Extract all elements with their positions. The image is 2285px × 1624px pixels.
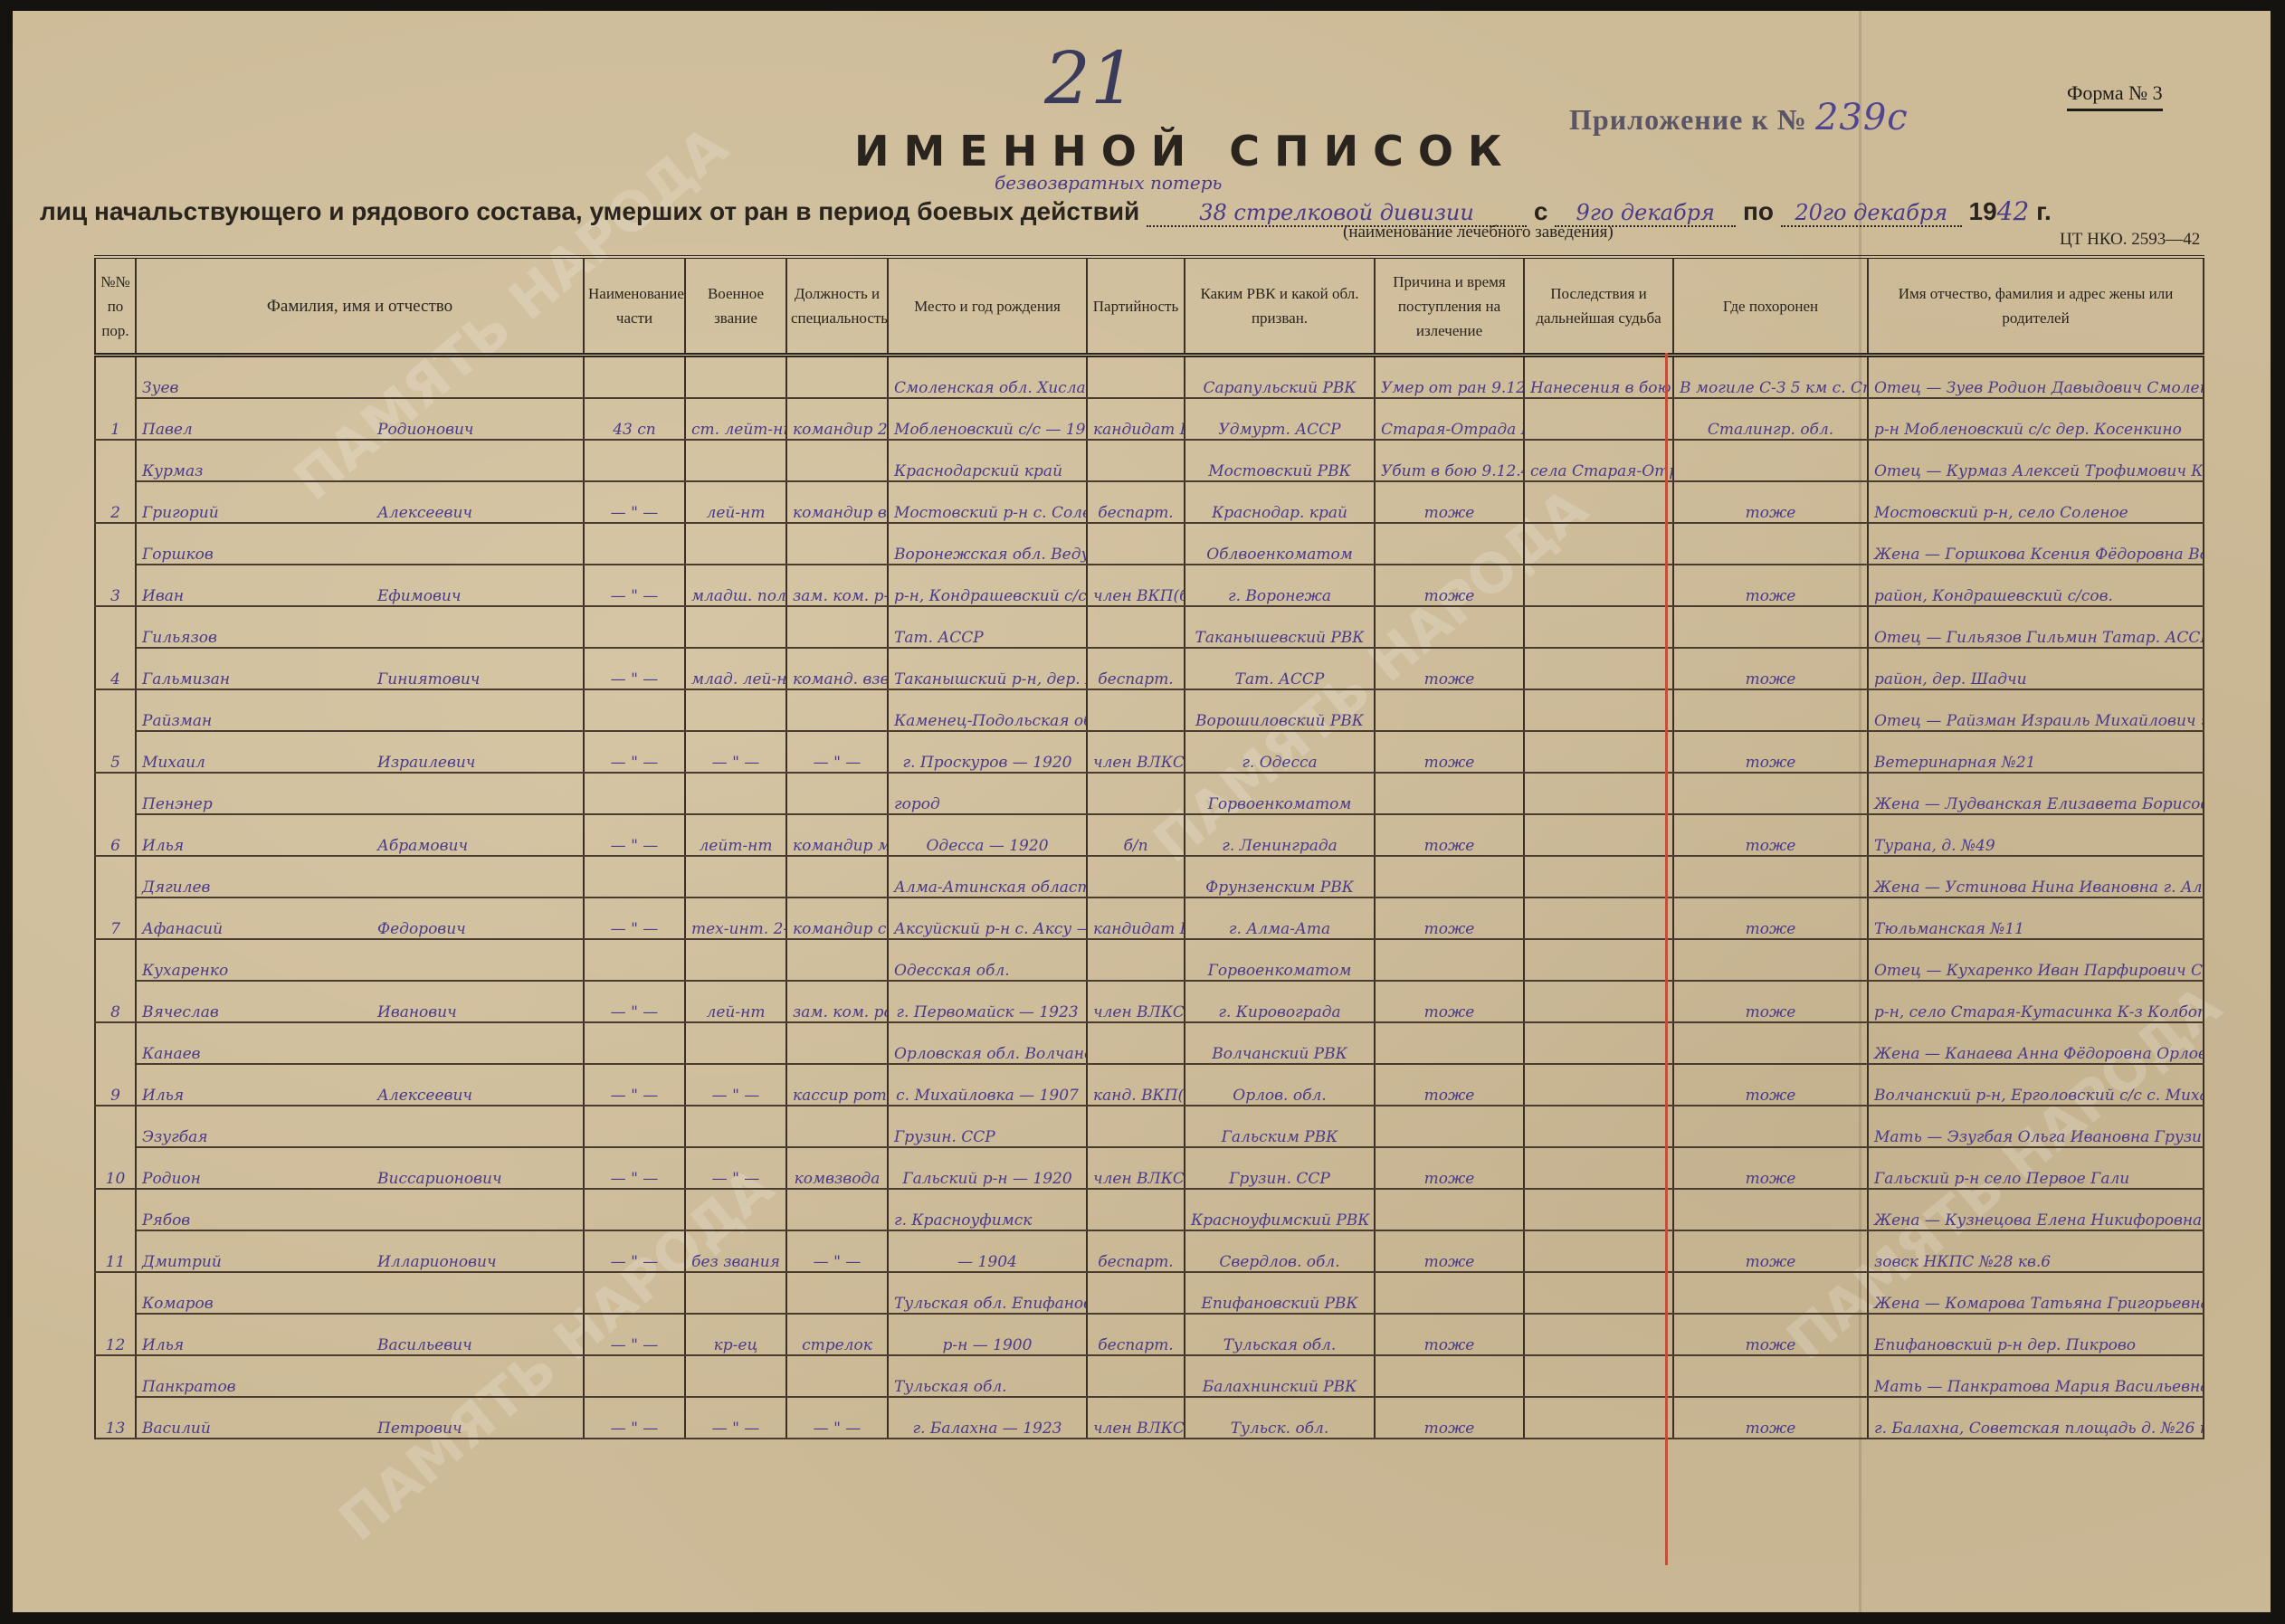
- rvk-office: Сарапульский РВК: [1185, 356, 1375, 399]
- unit-top: [584, 356, 685, 399]
- to-label: по: [1743, 197, 1774, 225]
- fate: [1524, 814, 1673, 856]
- first-name: Илья: [142, 1336, 377, 1354]
- party-top: [1087, 1355, 1185, 1397]
- fate-top: [1524, 1022, 1673, 1064]
- cause-top: [1375, 939, 1524, 981]
- table-row-given: АфанасийФедорович — " — тех-инт. 2-р-нга…: [95, 897, 2204, 939]
- position: кассир роты: [786, 1064, 888, 1106]
- patronymic: Гиниятович: [377, 670, 584, 689]
- rvk-region: Свердлов. обл.: [1185, 1230, 1375, 1272]
- birth-place-year: г. Проскуров — 1920: [888, 731, 1087, 773]
- cause: тоже: [1375, 1314, 1524, 1355]
- birth-place-year: Одесса — 1920: [888, 814, 1087, 856]
- position: командир сануд. взв.: [786, 897, 888, 939]
- first-name: Родион: [142, 1170, 377, 1188]
- rvk-office: Горвоенкоматом: [1185, 939, 1375, 981]
- stamp-number: 239с: [1815, 97, 1909, 138]
- position-top: [786, 939, 888, 981]
- buried-top: [1673, 606, 1868, 648]
- fate-top: [1524, 1355, 1673, 1397]
- birth-place-year: р-н, Кондрашевский с/с — 1903: [888, 565, 1087, 606]
- rvk-region: Грузин. ССР: [1185, 1147, 1375, 1189]
- unit: 43 сп: [584, 398, 685, 440]
- surname: Канаев: [136, 1022, 584, 1064]
- fate-top: Нанесения в бою: [1524, 356, 1673, 399]
- burial-place: тоже: [1673, 1230, 1868, 1272]
- col-header: №№ по пор.: [95, 257, 136, 356]
- table-row-surname: 3 Горшков Воронежская обл. Ведугский Обл…: [95, 523, 2204, 565]
- fate-top: [1524, 1189, 1673, 1230]
- first-name: Михаил: [142, 754, 377, 772]
- kin-line-1: Отец — Зуев Родион Давыдович Смоленская …: [1868, 356, 2204, 399]
- given-names: ИванЕфимович: [136, 565, 584, 606]
- birth-place: город: [888, 773, 1087, 814]
- cause: тоже: [1375, 1064, 1524, 1106]
- table-row-given: ВячеславИванович — " — лей-нт зам. ком. …: [95, 981, 2204, 1022]
- table-row-given: РодионВиссарионович — " — — " — комвзвод…: [95, 1147, 2204, 1189]
- buried-top: [1673, 1022, 1868, 1064]
- position: зам. ком. роты автомат.: [786, 981, 888, 1022]
- fate-top: [1524, 523, 1673, 565]
- unit: — " —: [584, 1314, 685, 1355]
- rank-top: [685, 440, 786, 481]
- rank: млад. лей-нт: [685, 648, 786, 689]
- surname: Гильязов: [136, 606, 584, 648]
- surname: Панкратов: [136, 1355, 584, 1397]
- position-top: [786, 1022, 888, 1064]
- fate: [1524, 981, 1673, 1022]
- birth-place-year: р-н — 1900: [888, 1314, 1087, 1355]
- kin-line-2: Волчанский р-н, Ерголовский с/с с. Михай…: [1868, 1064, 2204, 1106]
- given-names: АфанасийФедорович: [136, 897, 584, 939]
- unit-top: [584, 939, 685, 981]
- fate: [1524, 1314, 1673, 1355]
- burial-place: тоже: [1673, 731, 1868, 773]
- col-header: Причина и время поступления на излечение: [1375, 257, 1524, 356]
- table-row-given: ДмитрийИлларионович — " — без звания — "…: [95, 1230, 2204, 1272]
- unit: — " —: [584, 731, 685, 773]
- rank-top: [685, 1272, 786, 1314]
- buried-top: [1673, 1189, 1868, 1230]
- buried-top: [1673, 523, 1868, 565]
- burial-place: тоже: [1673, 1064, 1868, 1106]
- kin-line-1: Отец — Кухаренко Иван Парфирович Саратов…: [1868, 939, 2204, 981]
- table-row-surname: 8 Кухаренко Одесская обл. Горвоенкоматом…: [95, 939, 2204, 981]
- table-row-given: МихаилИзраилевич — " — — " — — " — г. Пр…: [95, 731, 2204, 773]
- first-name: Григорий: [142, 504, 377, 522]
- unit-top: [584, 1189, 685, 1230]
- birth-place: г. Красноуфимск: [888, 1189, 1087, 1230]
- kin-line-1: Жена — Устинова Нина Ивановна г. Алма-Ат…: [1868, 856, 2204, 897]
- birth-place: Орловская обл. Волчанский р-н: [888, 1022, 1087, 1064]
- first-name: Илья: [142, 1087, 377, 1105]
- patronymic: Алексеевич: [377, 504, 584, 522]
- position: — " —: [786, 731, 888, 773]
- party: кандидат ВКП(б): [1087, 398, 1185, 440]
- unit-top: [584, 856, 685, 897]
- rank-top: [685, 773, 786, 814]
- table-row-given: ВасилийПетрович — " — — " — — " — г. Бал…: [95, 1397, 2204, 1439]
- buried-top: [1673, 773, 1868, 814]
- burial-place: Сталингр. обл.: [1673, 398, 1868, 440]
- rank: — " —: [685, 1397, 786, 1439]
- cause-top: [1375, 773, 1524, 814]
- col-header: Имя отчество, фамилия и адрес жены или р…: [1868, 257, 2204, 356]
- patronymic: Виссарионович: [377, 1170, 584, 1188]
- first-name: Василий: [142, 1420, 377, 1438]
- surname: Зуев: [136, 356, 584, 399]
- row-number: 3: [95, 523, 136, 606]
- party-top: [1087, 773, 1185, 814]
- table-header: №№ по пор. Фамилия, имя и отчество Наиме…: [95, 257, 2204, 356]
- institution-caption: (наименование лечебного заведения): [1343, 223, 1614, 242]
- row-number: 2: [95, 440, 136, 523]
- rvk-region: г. Одесса: [1185, 731, 1375, 773]
- row-number: 6: [95, 773, 136, 856]
- unit: — " —: [584, 1147, 685, 1189]
- patronymic: Федорович: [377, 920, 584, 938]
- row-number: 7: [95, 856, 136, 939]
- birth-place: Смоленская обл. Хиславичский р-н: [888, 356, 1087, 399]
- rank-top: [685, 689, 786, 731]
- surname: Дягилев: [136, 856, 584, 897]
- fate: [1524, 1397, 1673, 1439]
- party-top: [1087, 523, 1185, 565]
- birth-place-year: с. Михайловка — 1907: [888, 1064, 1087, 1106]
- kin-line-2: Тюльманская №11: [1868, 897, 2204, 939]
- unit: — " —: [584, 1064, 685, 1106]
- rvk-office: Красноуфимский РВК: [1185, 1189, 1375, 1230]
- page-number: 21: [1044, 36, 1137, 120]
- party: канд. ВКП(б): [1087, 1064, 1185, 1106]
- table-row-given: ГальмизанГиниятович — " — млад. лей-нт к…: [95, 648, 2204, 689]
- kin-line-2: зовск НКПС №28 кв.6: [1868, 1230, 2204, 1272]
- given-names: ИльяАбрамович: [136, 814, 584, 856]
- cause-top: [1375, 1022, 1524, 1064]
- position-top: [786, 773, 888, 814]
- first-name: Иван: [142, 587, 377, 605]
- cause: тоже: [1375, 814, 1524, 856]
- row-number: 5: [95, 689, 136, 773]
- kin-line-2: г. Балахна, Советская площадь д. №26 кв.…: [1868, 1397, 2204, 1439]
- unit-top: [584, 606, 685, 648]
- table-body: 1 Зуев Смоленская обл. Хиславичский р-н …: [95, 356, 2204, 1439]
- subtitle-text: лиц начальствующего и рядового состава, …: [40, 197, 1139, 225]
- unit: — " —: [584, 648, 685, 689]
- rank-top: [685, 939, 786, 981]
- kin-line-2: Мостовский р-н, село Соленое: [1868, 481, 2204, 523]
- fate: [1524, 648, 1673, 689]
- party-top: [1087, 440, 1185, 481]
- cause-top: [1375, 1106, 1524, 1147]
- year-label: г.: [2036, 197, 2052, 225]
- table-row-surname: 1 Зуев Смоленская обл. Хиславичский р-н …: [95, 356, 2204, 399]
- fate: [1524, 565, 1673, 606]
- fate: [1524, 481, 1673, 523]
- fate: [1524, 731, 1673, 773]
- table-row-surname: 13 Панкратов Тульская обл. Балахнинский …: [95, 1355, 2204, 1397]
- rank: — " —: [685, 731, 786, 773]
- cause: тоже: [1375, 897, 1524, 939]
- col-header: Фамилия, имя и отчество: [136, 257, 584, 356]
- patronymic: Илларионович: [377, 1253, 584, 1271]
- birth-place: Краснодарский край: [888, 440, 1087, 481]
- surname: Курмаз: [136, 440, 584, 481]
- col-header: Военное звание: [685, 257, 786, 356]
- birth-place-year: Мобленовский с/с — 1916: [888, 398, 1087, 440]
- patronymic: Васильевич: [377, 1336, 584, 1354]
- rvk-office: Ворошиловский РВК: [1185, 689, 1375, 731]
- cause: тоже: [1375, 565, 1524, 606]
- rvk-region: г. Кировограда: [1185, 981, 1375, 1022]
- unit: — " —: [584, 981, 685, 1022]
- rvk-office: Балахнинский РВК: [1185, 1355, 1375, 1397]
- position-top: [786, 689, 888, 731]
- table-row-given: ИльяВасильевич — " — кр-ец стрелок р-н —…: [95, 1314, 2204, 1355]
- given-names: ПавелРодионович: [136, 398, 584, 440]
- given-names: ГригорийАлексеевич: [136, 481, 584, 523]
- surname: Рябов: [136, 1189, 584, 1230]
- buried-top: [1673, 1272, 1868, 1314]
- unit-top: [584, 1355, 685, 1397]
- unit: — " —: [584, 897, 685, 939]
- document-sheet: ПАМЯТЬ НАРОДА ПАМЯТЬ НАРОДА ПАМЯТЬ НАРОД…: [13, 11, 2271, 1612]
- row-number: 4: [95, 606, 136, 689]
- birth-place-year: — 1904: [888, 1230, 1087, 1272]
- rvk-region: г. Ленинграда: [1185, 814, 1375, 856]
- birth-place-year: г. Балахна — 1923: [888, 1397, 1087, 1439]
- rvk-region: Тульская обл.: [1185, 1314, 1375, 1355]
- table-row-surname: 4 Гильязов Тат. АССР Таканышевский РВК О…: [95, 606, 2204, 648]
- surname: Горшков: [136, 523, 584, 565]
- party-top: [1087, 689, 1185, 731]
- birth-place: Тульская обл.: [888, 1355, 1087, 1397]
- row-number: 1: [95, 356, 136, 441]
- fate: [1524, 897, 1673, 939]
- row-number: 9: [95, 1022, 136, 1106]
- page-title: ИМЕННОЙ СПИСОК: [854, 127, 1517, 176]
- party: беспарт.: [1087, 648, 1185, 689]
- position: — " —: [786, 1397, 888, 1439]
- burial-place: тоже: [1673, 565, 1868, 606]
- table-row-given: ИльяАбрамович — " — лейт-нт командир мин…: [95, 814, 2204, 856]
- position: стрелок: [786, 1314, 888, 1355]
- position: командир минвзвода: [786, 814, 888, 856]
- rank: лей-нт: [685, 481, 786, 523]
- given-names: ИльяВасильевич: [136, 1314, 584, 1355]
- position: — " —: [786, 1230, 888, 1272]
- table-row-surname: 10 Эзугбая Грузин. ССР Гальским РВК Мать…: [95, 1106, 2204, 1147]
- rvk-office: Мостовский РВК: [1185, 440, 1375, 481]
- rank: лей-нт: [685, 981, 786, 1022]
- patronymic: Ефимович: [377, 587, 584, 605]
- fate-top: села Старая-Отрада: [1524, 440, 1673, 481]
- given-names: РодионВиссарионович: [136, 1147, 584, 1189]
- party-top: [1087, 1189, 1185, 1230]
- cause-top: [1375, 523, 1524, 565]
- rvk-office: Фрунзенским РВК: [1185, 856, 1375, 897]
- table-row-given: ПавелРодионович 43 сп ст. лейт-нт команд…: [95, 398, 2204, 440]
- row-number: 13: [95, 1355, 136, 1439]
- unit-top: [584, 440, 685, 481]
- table-row-surname: 9 Канаев Орловская обл. Волчанский р-н В…: [95, 1022, 2204, 1064]
- rvk-region: Удмурт. АССР: [1185, 398, 1375, 440]
- kin-line-1: Мать — Эзугбая Ольга Ивановна Грузинская…: [1868, 1106, 2204, 1147]
- rank-top: [685, 606, 786, 648]
- fate: [1524, 1147, 1673, 1189]
- patronymic: Иванович: [377, 1003, 584, 1021]
- date-to-field: 20го декабря: [1781, 200, 1962, 227]
- given-names: ДмитрийИлларионович: [136, 1230, 584, 1272]
- table-row-given: ИльяАлексеевич — " — — " — кассир роты с…: [95, 1064, 2204, 1106]
- buried-top: [1673, 939, 1868, 981]
- rank: — " —: [685, 1064, 786, 1106]
- fate-top: [1524, 939, 1673, 981]
- kin-line-2: Гальский р-н село Первое Гали: [1868, 1147, 2204, 1189]
- party-top: [1087, 356, 1185, 399]
- cause-top: [1375, 1189, 1524, 1230]
- party: член ВЛКСМ: [1087, 1147, 1185, 1189]
- party: член ВКП(б): [1087, 565, 1185, 606]
- table-row-given: ГригорийАлексеевич — " — лей-нт командир…: [95, 481, 2204, 523]
- burial-place: тоже: [1673, 981, 1868, 1022]
- burial-place: тоже: [1673, 1314, 1868, 1355]
- surname: Эзугбая: [136, 1106, 584, 1147]
- party: член ВЛКСМ: [1087, 731, 1185, 773]
- rvk-region: г. Воронежа: [1185, 565, 1375, 606]
- birth-place-year: Мостовский р-н с. Соленое — 1923: [888, 481, 1087, 523]
- kin-line-2: р-н Мобленовский с/с дер. Косенкино: [1868, 398, 2204, 440]
- position-top: [786, 440, 888, 481]
- title-annotation: безвозвратных потерь: [995, 172, 1222, 194]
- cause: тоже: [1375, 481, 1524, 523]
- rank: лейт-нт: [685, 814, 786, 856]
- cause: тоже: [1375, 1230, 1524, 1272]
- rvk-region: г. Алма-Ата: [1185, 897, 1375, 939]
- col-header: Должность и специальность: [786, 257, 888, 356]
- rvk-region: Краснодар. край: [1185, 481, 1375, 523]
- table-row-surname: 6 Пенэнер город Горвоенкоматом Жена — Лу…: [95, 773, 2204, 814]
- given-names: ИльяАлексеевич: [136, 1064, 584, 1106]
- rank: ст. лейт-нт: [685, 398, 786, 440]
- rank: без звания: [685, 1230, 786, 1272]
- position: зам. ком. р-ты по п/части: [786, 565, 888, 606]
- fate-top: [1524, 1272, 1673, 1314]
- given-names: ГальмизанГиниятович: [136, 648, 584, 689]
- cause: тоже: [1375, 1397, 1524, 1439]
- row-number: 10: [95, 1106, 136, 1189]
- col-header: Каким РВК и какой обл. призван.: [1185, 257, 1375, 356]
- kin-line-2: район, Кондрашевский с/сов.: [1868, 565, 2204, 606]
- unit-top: [584, 1272, 685, 1314]
- rvk-region: Тат. АССР: [1185, 648, 1375, 689]
- birth-place: Грузин. ССР: [888, 1106, 1087, 1147]
- rank: — " —: [685, 1147, 786, 1189]
- party: член ВЛКСМ: [1087, 981, 1185, 1022]
- surname: Райзман: [136, 689, 584, 731]
- patronymic: Алексеевич: [377, 1087, 584, 1105]
- position: комвзвода: [786, 1147, 888, 1189]
- table-row-surname: 11 Рябов г. Красноуфимск Красноуфимский …: [95, 1189, 2204, 1230]
- rank: младш. политрук: [685, 565, 786, 606]
- party: кандидат ВКП(б): [1087, 897, 1185, 939]
- party: беспарт.: [1087, 481, 1185, 523]
- rvk-office: Гальским РВК: [1185, 1106, 1375, 1147]
- first-name: Дмитрий: [142, 1253, 377, 1271]
- burial-place: тоже: [1673, 814, 1868, 856]
- fate-top: [1524, 773, 1673, 814]
- cause: тоже: [1375, 1147, 1524, 1189]
- birth-place-year: Таканышский р-н, дер. Шадчи — 1913: [888, 648, 1087, 689]
- cause-top: [1375, 856, 1524, 897]
- unit-top: [584, 523, 685, 565]
- party-top: [1087, 606, 1185, 648]
- table-row-surname: 5 Райзман Каменец-Подольская область Вор…: [95, 689, 2204, 731]
- burial-place: тоже: [1673, 1147, 1868, 1189]
- cause-top: [1375, 689, 1524, 731]
- cause-top: [1375, 1272, 1524, 1314]
- burial-place: тоже: [1673, 648, 1868, 689]
- unit: — " —: [584, 1230, 685, 1272]
- party-top: [1087, 1106, 1185, 1147]
- rank-top: [685, 1189, 786, 1230]
- kin-line-1: Жена — Горшкова Ксения Фёдоровна Воронеж…: [1868, 523, 2204, 565]
- rvk-office: Таканышевский РВК: [1185, 606, 1375, 648]
- position-top: [786, 523, 888, 565]
- unit: — " —: [584, 814, 685, 856]
- surname: Комаров: [136, 1272, 584, 1314]
- rank: кр-ец: [685, 1314, 786, 1355]
- kin-line-1: Отец — Гильязов Гильмин Татар. АССР Така…: [1868, 606, 2204, 648]
- unit: — " —: [584, 481, 685, 523]
- rank: тех-инт. 2-р-нга: [685, 897, 786, 939]
- rvk-office: Облвоенкоматом: [1185, 523, 1375, 565]
- rank-top: [685, 856, 786, 897]
- table-row-surname: 7 Дягилев Алма-Атинская область Фрунзенс…: [95, 856, 2204, 897]
- burial-place: тоже: [1673, 1397, 1868, 1439]
- kin-line-2: район, дер. Шадчи: [1868, 648, 2204, 689]
- table-row-surname: 12 Комаров Тульская обл. Епифановский Еп…: [95, 1272, 2204, 1314]
- cause-top: Убит в бою 9.12.42 в р-не: [1375, 440, 1524, 481]
- position-top: [786, 356, 888, 399]
- rank-top: [685, 1106, 786, 1147]
- position-top: [786, 1272, 888, 1314]
- birth-place: Воронежская обл. Ведугский: [888, 523, 1087, 565]
- position-top: [786, 606, 888, 648]
- position: команд. взвода: [786, 648, 888, 689]
- rvk-region: Тульск. обл.: [1185, 1397, 1375, 1439]
- kin-line-2: Ветеринарная №21: [1868, 731, 2204, 773]
- unit-top: [584, 1022, 685, 1064]
- cause: тоже: [1375, 731, 1524, 773]
- surname: Пенэнер: [136, 773, 584, 814]
- table-row-surname: 2 Курмаз Краснодарский край Мостовский Р…: [95, 440, 2204, 481]
- given-names: МихаилИзраилевич: [136, 731, 584, 773]
- birth-place-year: Аксуйский р-н с. Аксу — 1916: [888, 897, 1087, 939]
- position-top: [786, 856, 888, 897]
- casualty-table: №№ по пор. Фамилия, имя и отчество Наиме…: [94, 255, 2204, 1439]
- unit-top: [584, 1106, 685, 1147]
- party: б/п: [1087, 814, 1185, 856]
- first-name: Гальмизан: [142, 670, 377, 689]
- buried-top: [1673, 856, 1868, 897]
- subtitle-line: лиц начальствующего и рядового состава, …: [40, 196, 2212, 227]
- position: командир 2-й м-р.: [786, 398, 888, 440]
- form-number: Форма № 3: [2067, 81, 2163, 111]
- rank-top: [685, 523, 786, 565]
- buried-top: [1673, 1106, 1868, 1147]
